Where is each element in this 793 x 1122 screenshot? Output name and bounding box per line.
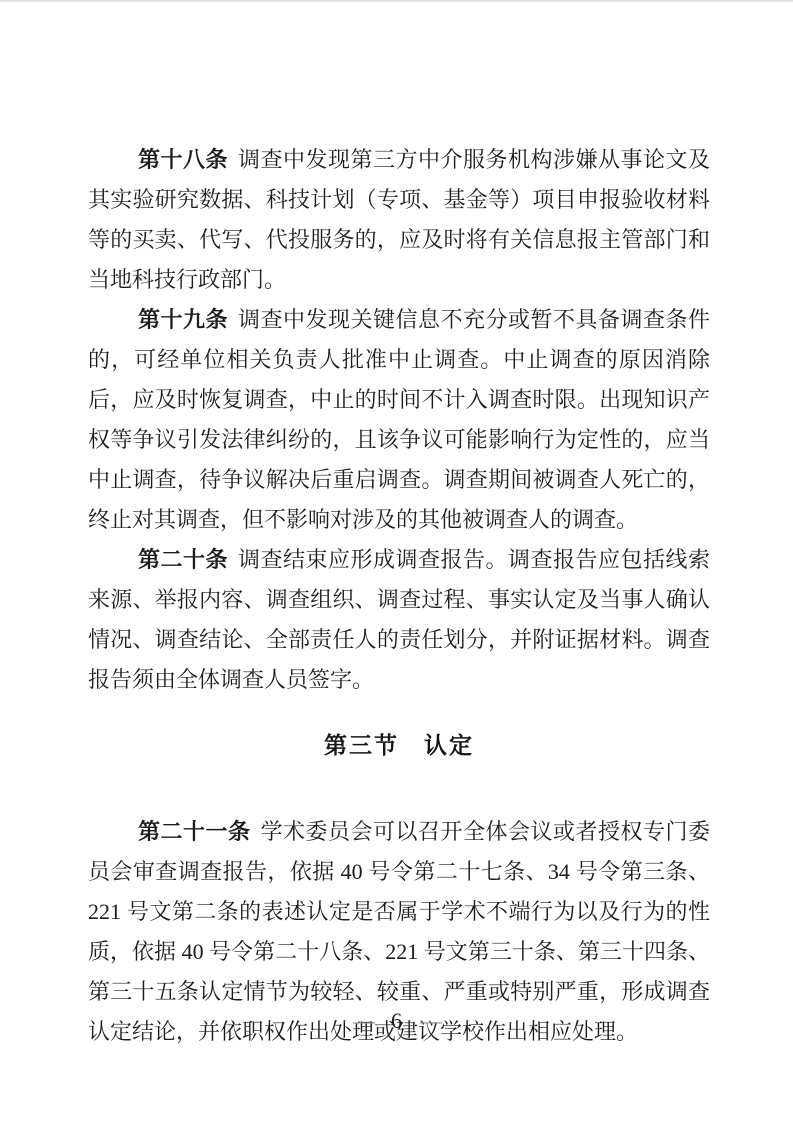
article-19-paragraph: 第十九条调查中发现关键信息不充分或暂不具备调查条件的，可经单位相关负责人批准中止… [88, 300, 710, 540]
article-19-label: 第十九条 [138, 307, 238, 332]
footer-left-dash: — [353, 1008, 373, 1033]
article-19-text: 调查中发现关键信息不充分或暂不具备调查条件的，可经单位相关负责人批准中止调查。中… [88, 307, 710, 532]
article-21-label: 第二十一条 [138, 819, 261, 844]
article-20-paragraph: 第二十条调查结束应形成调查报告。调查报告应包括线索来源、举报内容、调查组织、调查… [88, 540, 710, 700]
document-body: 第十八条调查中发现第三方中介服务机构涉嫌从事论文及其实验研究数据、科技计划（专项… [88, 140, 710, 1052]
scan-top-edge [0, 0, 793, 3]
page-number: 6 [391, 1008, 402, 1034]
section-3-heading: 第三节 认定 [88, 726, 710, 766]
document-page: 第十八条调查中发现第三方中介服务机构涉嫌从事论文及其实验研究数据、科技计划（专项… [0, 0, 793, 1122]
page-footer: —6— [0, 1008, 793, 1034]
article-18-label: 第十八条 [138, 147, 238, 172]
article-18-paragraph: 第十八条调查中发现第三方中介服务机构涉嫌从事论文及其实验研究数据、科技计划（专项… [88, 140, 710, 300]
article-20-label: 第二十条 [138, 547, 238, 572]
footer-right-dash: — [420, 1008, 440, 1033]
